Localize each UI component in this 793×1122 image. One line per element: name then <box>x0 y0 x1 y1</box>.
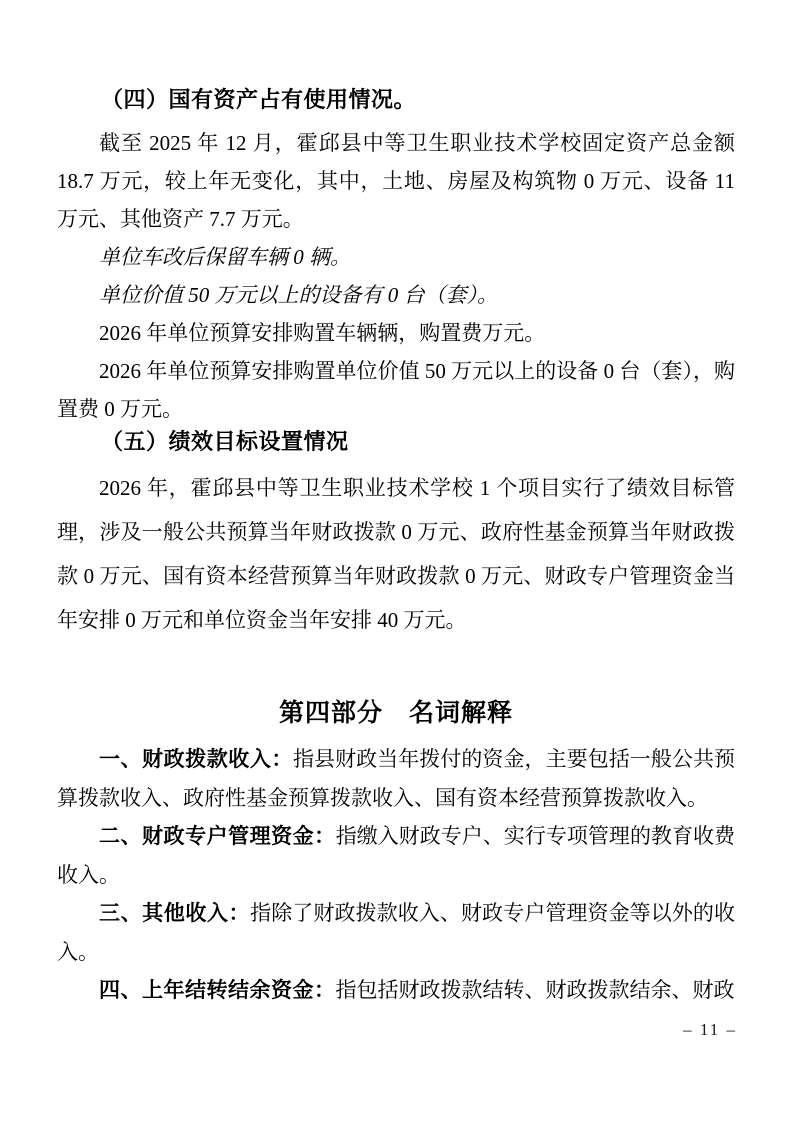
vehicle-retained-para: 单位车改后保留车辆 0 辆。 <box>57 238 735 276</box>
section-heading-4: （四）国有资产占有使用情况。 <box>57 86 735 114</box>
definition-term: 三、其他收入： <box>99 902 250 925</box>
asset-summary-para: 截至 2025 年 12 月，霍邱县中等卫生职业技术学校固定资产总金额 18.7… <box>57 124 735 238</box>
page-number: – 11 – <box>683 1020 737 1040</box>
definition-carryover-surplus-funds: 四、上年结转结余资金：指包括财政拨款结转、财政拨款结余、财政 <box>57 971 735 1010</box>
definition-term: 一、财政拨款收入： <box>99 748 293 771</box>
equipment-over-50w-para: 单位价值 50 万元以上的设备有 0 台（套）。 <box>57 276 735 314</box>
part-title: 第四部分 名词解释 <box>57 696 735 730</box>
definition-fiscal-appropriation-income: 一、财政拨款收入：指县财政当年拨付的资金，主要包括一般公共预算拨款收入、政府性基… <box>57 740 735 817</box>
equipment-purchase-plan-para: 2026 年单位预算安排购置单位价值 50 万元以上的设备 0 台（套），购置费… <box>57 352 735 428</box>
document-page: （四）国有资产占有使用情况。截至 2025 年 12 月，霍邱县中等卫生职业技术… <box>0 0 793 1122</box>
document-body: （四）国有资产占有使用情况。截至 2025 年 12 月，霍邱县中等卫生职业技术… <box>57 86 735 1010</box>
definition-special-account-funds: 二、财政专户管理资金：指缴入财政专户、实行专项管理的教育收费收入。 <box>57 817 735 894</box>
vehicle-purchase-plan-para: 2026 年单位预算安排购置车辆辆，购置费万元。 <box>57 314 735 352</box>
section-heading-5: （五）绩效目标设置情况 <box>57 428 735 456</box>
definition-term: 四、上年结转结余资金： <box>99 979 336 1002</box>
definition-other-income: 三、其他收入：指除了财政拨款收入、财政专户管理资金等以外的收入。 <box>57 894 735 971</box>
definition-term: 二、财政专户管理资金： <box>99 825 336 848</box>
performance-target-para: 2026 年，霍邱县中等卫生职业技术学校 1 个项目实行了绩效目标管理，涉及一般… <box>57 466 735 642</box>
